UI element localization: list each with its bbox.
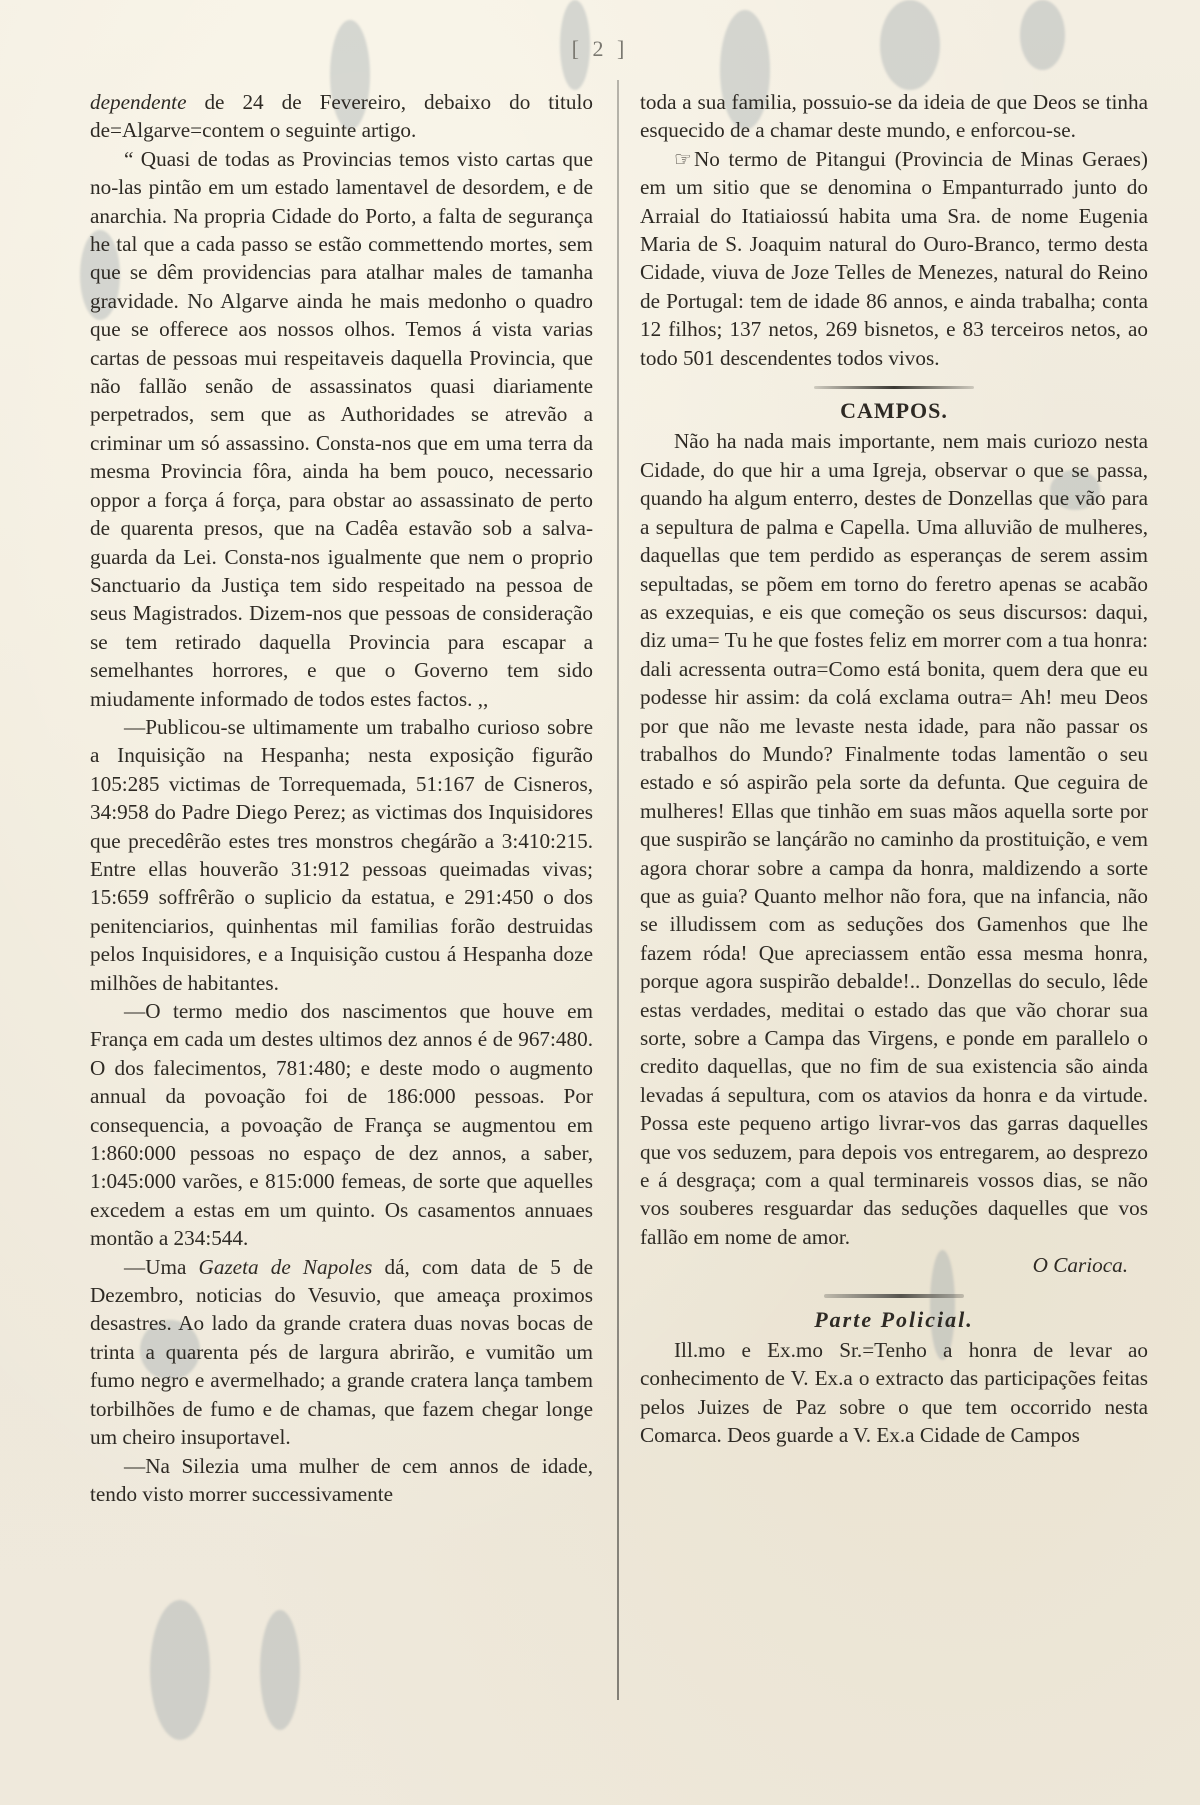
pointing-hand-icon: ☞ xyxy=(674,147,692,171)
paragraph-text: —Uma xyxy=(124,1255,199,1279)
right-column: toda a sua familia, possuio-se da ideia … xyxy=(640,88,1148,1450)
italic-lead: dependente xyxy=(90,90,186,114)
article-pitangui: ☞No termo de Pitangui (Provincia de Mina… xyxy=(640,145,1148,372)
article-campos: Não ha nada mais importante, nem mais cu… xyxy=(640,427,1148,1251)
article-parte-policial: Ill.mo e Ex.mo Sr.=Tenho a honra de leva… xyxy=(640,1336,1148,1450)
page-number: [ 2 ] xyxy=(0,36,1200,62)
section-heading-parte-policial: Parte Policial. xyxy=(640,1306,1148,1334)
article-algarve-quote: “ Quasi de todas as Provincias temos vis… xyxy=(90,145,593,713)
article-inquisicao: —Publicou-se ultimamente um trabalho cur… xyxy=(90,713,593,997)
paragraph-text: dá, com data de 5 de Dezembro, noticias … xyxy=(90,1255,593,1449)
left-column: dependente de 24 de Fevereiro, debaixo d… xyxy=(90,88,593,1508)
ornamental-rule xyxy=(824,1294,964,1298)
article-vesuvio: —Uma Gazeta de Napoles dá, com data de 5… xyxy=(90,1253,593,1452)
water-stain xyxy=(150,1600,210,1740)
paragraph-text: No termo de Pitangui (Provincia de Minas… xyxy=(640,147,1148,370)
article-silezia-continued: toda a sua familia, possuio-se da ideia … xyxy=(640,88,1148,145)
water-stain xyxy=(260,1610,300,1730)
article-silezia: —Na Silezia uma mulher de cem annos de i… xyxy=(90,1452,593,1509)
section-heading-campos: CAMPOS. xyxy=(640,397,1148,425)
column-divider xyxy=(617,80,619,1700)
article-signature: O Carioca. xyxy=(640,1251,1148,1279)
publication-title: Gazeta de Napoles xyxy=(199,1255,373,1279)
article-algarve-intro: dependente de 24 de Fevereiro, debaixo d… xyxy=(90,88,593,145)
article-franca: —O termo medio dos nascimentos que houve… xyxy=(90,997,593,1253)
section-rule xyxy=(814,386,974,389)
